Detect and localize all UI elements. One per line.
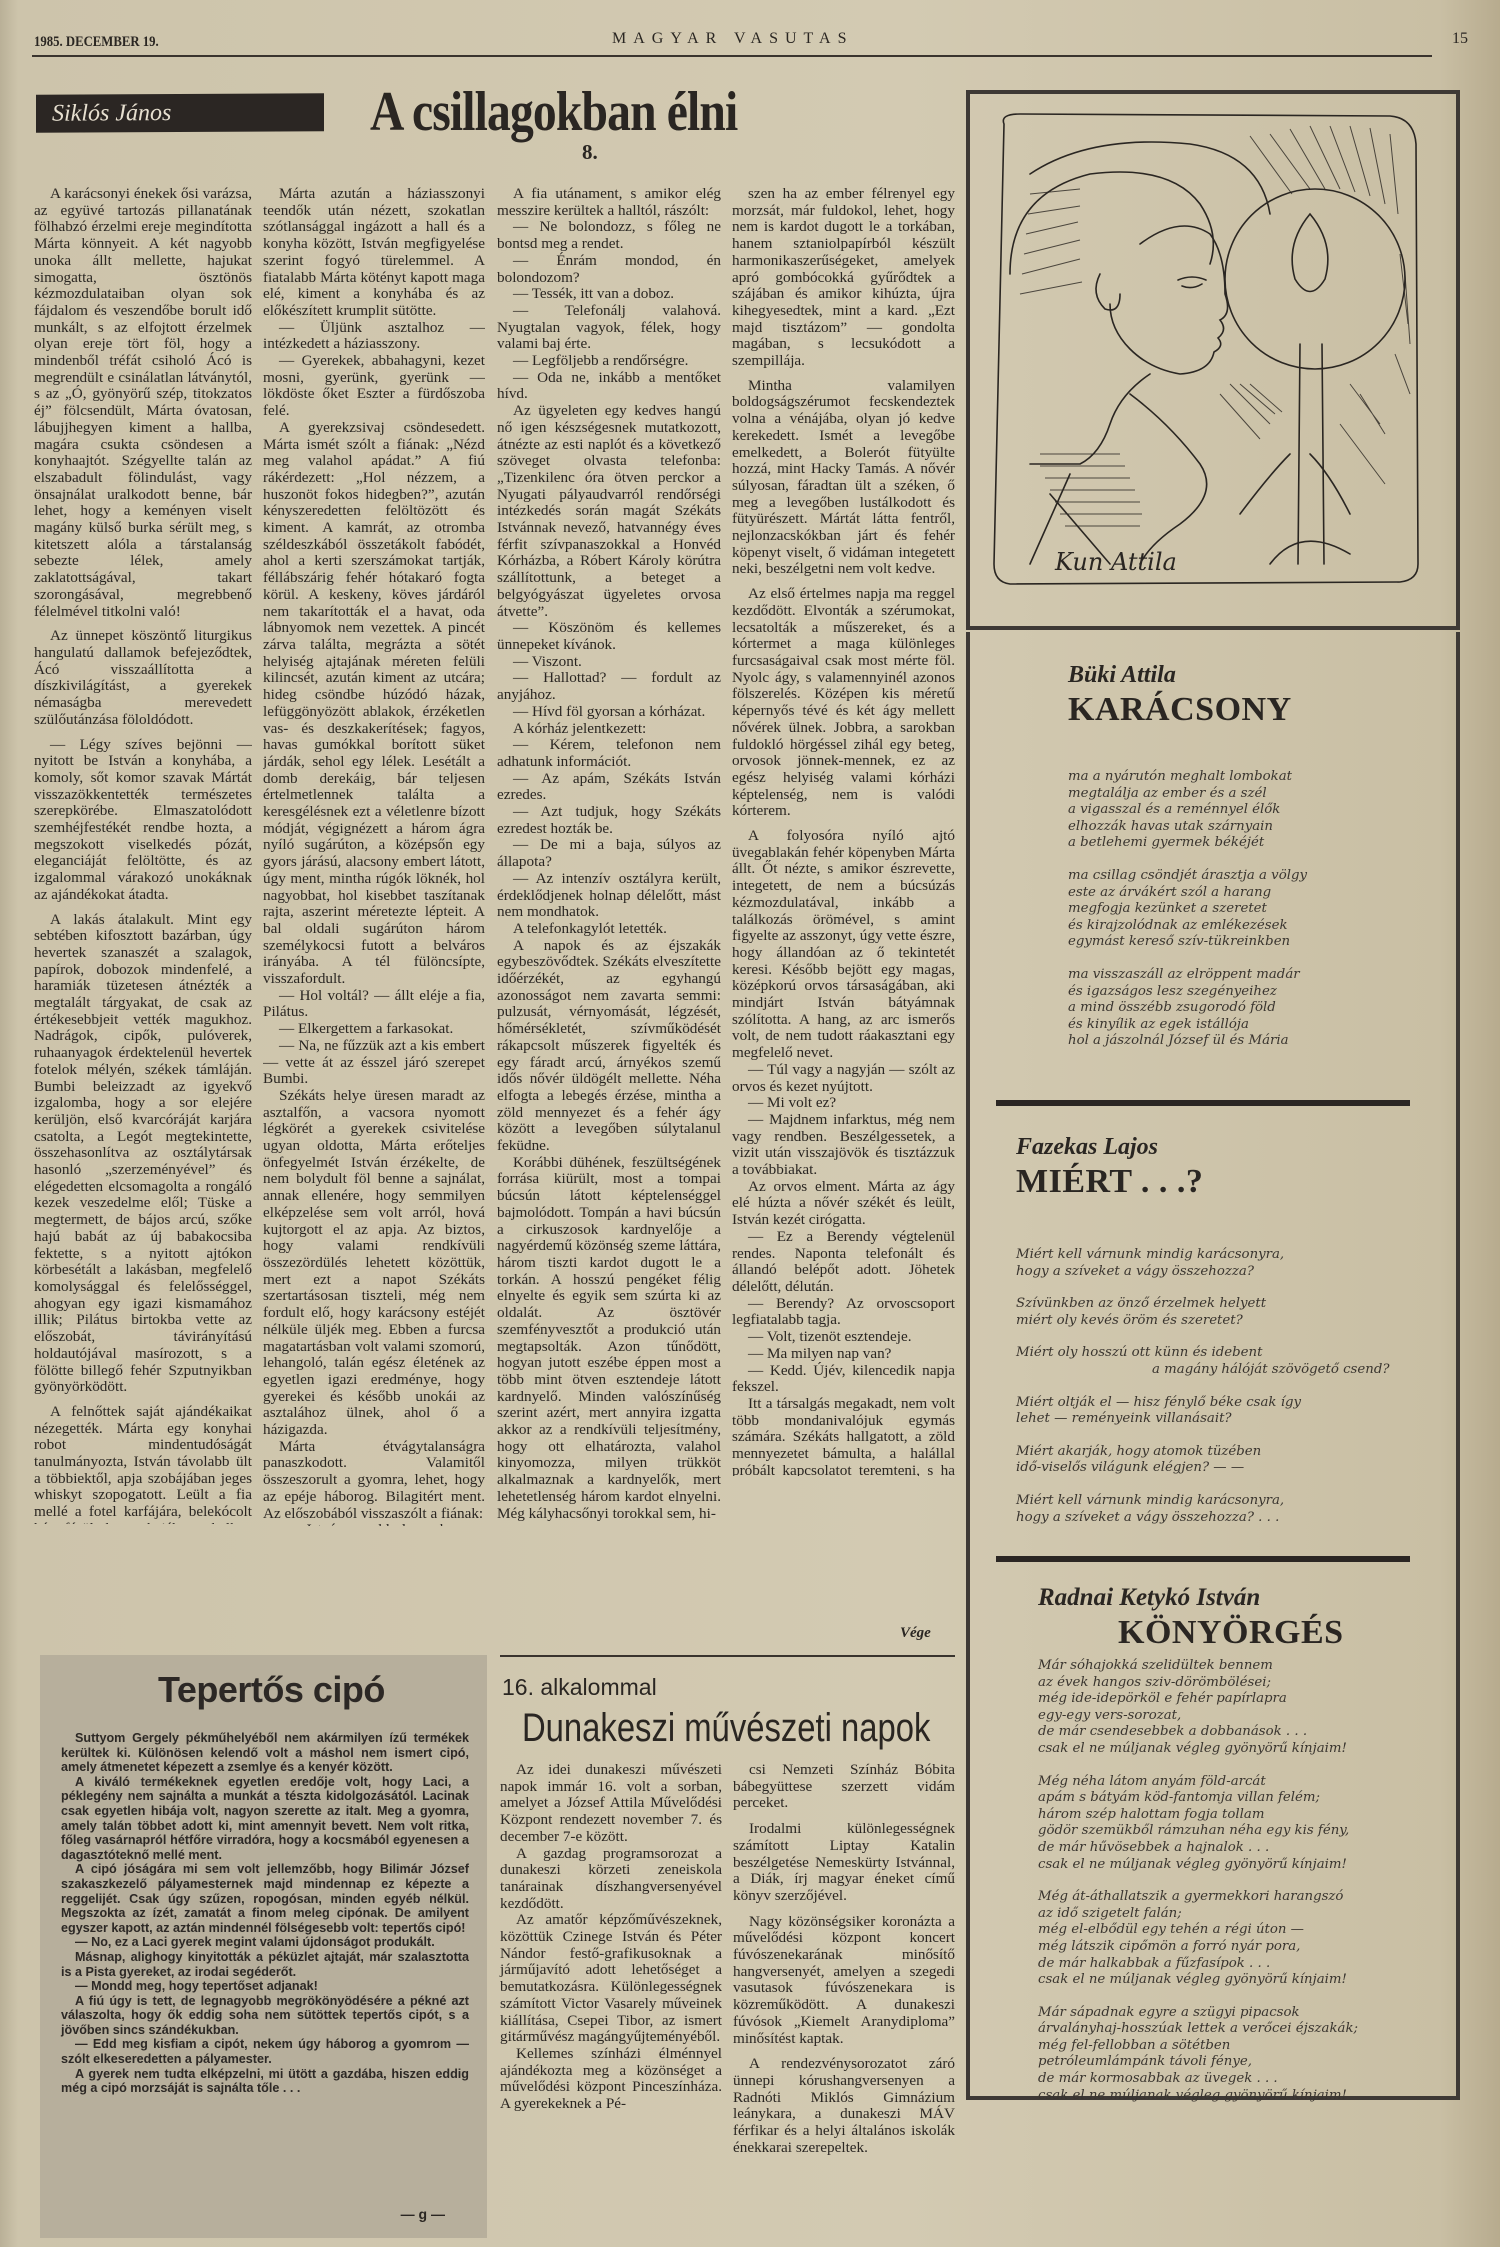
story-end-mark: Vége [900, 1625, 931, 1642]
news-kicker: 16. alkalommal [502, 1674, 657, 1701]
section-divider [500, 1655, 955, 1657]
stanza: ma visszaszáll az elröppent madárés igaz… [1068, 967, 1307, 1050]
paragraph: Székáts helye üresen maradt az asztalfőn… [263, 1088, 485, 1439]
poems-box: Büki Attila KARÁCSONY ma a nyárutón megh… [966, 632, 1460, 2100]
poem-karacsony: Büki Attila KARÁCSONY ma a nyárutón megh… [1068, 662, 1307, 1066]
story-column-2: Márta azután a háziasszonyi teendők után… [263, 186, 485, 1526]
stanza: Miért oly hosszú ott künn és idebenta ma… [1016, 1345, 1389, 1378]
story-column-3: A fia utánament, s amikor elég messzire … [497, 186, 721, 1526]
paragraph: — Üljünk asztalhoz — intézkedett a házia… [263, 320, 485, 353]
paragraph: — Na, ne fűzzük azt a kis embert — vette… [263, 1038, 485, 1088]
paragraph: szen ha az ember félrenyel egy morzsát, … [732, 186, 955, 370]
stanza: Miért kell várnunk mindig karácsonyra,ho… [1016, 1247, 1389, 1280]
paragraph: — Ma milyen nap van? [732, 1346, 955, 1363]
paragraph: — Elkergettem a farkasokat. [263, 1021, 485, 1038]
poem-title: KÖNYÖRGÉS [1118, 1614, 1358, 1652]
paragraph: — Túl vagy a nagyján — szólt az orvos és… [732, 1062, 955, 1095]
paragraph: — Ne bolondozz, s főleg ne bontsd meg a … [497, 219, 721, 252]
poem-divider [996, 1556, 1410, 1562]
paragraph: Az ügyeleten egy kedves hangú nő igen ké… [497, 403, 721, 620]
poem-author: Radnai Ketykó István [1038, 1584, 1358, 1612]
paragraph: — Azt tudjuk, hogy Székáts ezredest hozt… [497, 804, 721, 837]
sidebar-story-signature: — g — [401, 2206, 445, 2222]
paragraph: A lakás átalakult. Mint egy sebtében kif… [34, 912, 252, 1396]
paragraph: Az orvos elment. Márta az ágy elé húzta … [732, 1179, 955, 1229]
paragraph: — Hallottad? — fordult az anyjához. [497, 670, 721, 703]
stanza: Már sóhajokká szelidültek bennemaz évek … [1038, 1658, 1358, 1758]
poem-title: KARÁCSONY [1068, 691, 1307, 729]
paragraph: Márta étvágytalanságra panaszkodott. Val… [263, 1439, 485, 1523]
story-author: Siklós János [36, 93, 324, 133]
sidebar-story-body: Suttyom Gergely pékműhelyéből nem akármi… [61, 1731, 469, 2096]
paragraph: A fia utánament, s amikor elég messzire … [497, 186, 721, 219]
paragraph: — Az intenzív osztályra került, érdeklőd… [497, 871, 721, 921]
paragraph: Korábbi dühének, feszültségének forrása … [497, 1155, 721, 1522]
paragraph: — De mi a baja, súlyos az állapota? [497, 837, 721, 870]
paragraph: Mintha valamilyen boldogságszérumot fecs… [732, 378, 955, 578]
paragraph: Márta azután a háziasszonyi teendők után… [263, 186, 485, 320]
stanza: Még át-áthallatszik a gyermekkori harang… [1038, 1889, 1358, 1989]
paragraph: Az ünnepet köszöntő liturgikus hangulatú… [34, 628, 252, 728]
paragraph: A gyerekzsivaj csöndesedett. Márta ismét… [263, 420, 485, 988]
paragraph: A napok és az éjszakák egybeszövődtek. S… [497, 938, 721, 1155]
publication-name: MAGYAR VASUTAS [612, 30, 854, 48]
paragraph: — István, vedd le nekem a gyógyszerest, … [263, 1522, 485, 1526]
news-column-2: csi Nemzeti Színház Bóbita bábegyüttese … [733, 1762, 955, 2156]
paragraph: — Gyerekek, abbahagyni, kezet mosni, gye… [263, 353, 485, 420]
paragraph: — Az apám, Székáts István ezredes. [497, 771, 721, 804]
illustration-frame: Kun Attila [966, 90, 1460, 630]
artist-signature: Kun Attila [1054, 548, 1177, 576]
stanza: Miért kell várnunk mindig karácsonyra,ho… [1016, 1493, 1389, 1526]
sidebar-story-title: Tepertős cipó [158, 1669, 385, 1711]
stanza: Szívünkben az önző érzelmek helyettmiért… [1016, 1296, 1389, 1329]
paragraph: — Viszont. [497, 654, 721, 671]
story-column-4: szen ha az ember félrenyel egy morzsát, … [732, 186, 955, 1476]
paragraph: — Énrám mondod, én bolondozom? [497, 253, 721, 286]
poem-miert: Fazekas Lajos MIÉRT . . .? Miért kell vá… [1016, 1134, 1389, 1542]
poem-divider [996, 1100, 1410, 1106]
story-part-number: 8. [582, 140, 598, 165]
paragraph: — Hívd föl gyorsan a kórházat. [497, 704, 721, 721]
poem-author: Büki Attila [1068, 662, 1307, 689]
stanza: Még néha látom anyám föld-arcátapám s bá… [1038, 1774, 1358, 1874]
poem-title: MIÉRT . . .? [1016, 1163, 1389, 1201]
news-column-1: Az idei dunakeszi művészeti napok immár … [500, 1762, 722, 2113]
stanza: Miért akarják, hogy atomok tüzébenidő-vi… [1016, 1444, 1389, 1477]
paragraph: — Tessék, itt van a doboz. [497, 286, 721, 303]
paragraph: — Berendy? Az orvoscsoport legfiatalabb … [732, 1296, 955, 1329]
stanza: Már sápadnak egyre a szügyi pipacsokárva… [1038, 2005, 1358, 2105]
news-title: Dunakeszi művészeti napok [522, 1706, 930, 1751]
paragraph: — Volt, tizenöt esztendeje. [732, 1329, 955, 1346]
stanza: ma csillag csöndjét árasztja a völgyeste… [1068, 868, 1307, 951]
masthead-rule [32, 55, 1432, 57]
paragraph: A kórház jelentkezett: [497, 721, 721, 738]
paragraph: Az első értelmes napja ma reggel kezdődö… [732, 586, 955, 820]
paragraph: — Oda ne, inkább a mentőket hívd. [497, 370, 721, 403]
paragraph: — Majdnem infarktus, még nem vagy rendbe… [732, 1112, 955, 1179]
paragraph: A telefonkagylót letették. [497, 921, 721, 938]
paragraph: — Legföljebb a rendőrségre. [497, 353, 721, 370]
paragraph: A felnőttek saját ajándékaikat nézegetté… [34, 1404, 252, 1524]
poem-konyorges: Radnai Ketykó István KÖNYÖRGÉS Már sóhaj… [1038, 1584, 1358, 2120]
child-candle-drawing-icon: Kun Attila [970, 94, 1456, 626]
paragraph: — Telefonálj valahová. Nyugtalan vagyok,… [497, 303, 721, 353]
paragraph: A karácsonyi énekek ősi varázsa, az együ… [34, 186, 252, 620]
paragraph: — Ez a Berendy végtelenül rendes. Napont… [732, 1229, 955, 1296]
story-column-1: A karácsonyi énekek ősi varázsa, az együ… [34, 186, 252, 1524]
story-title: A csillagokban élni [370, 80, 737, 144]
paragraph: A folyosóra nyíló ajtó üvegablakán fehér… [732, 828, 955, 1062]
paragraph: Itt a társalgás megakadt, nem volt több … [732, 1396, 955, 1476]
paragraph: — Kedd. Újév, kilencedik napja fekszel. [732, 1363, 955, 1396]
poem-author: Fazekas Lajos [1016, 1134, 1389, 1161]
page-number: 15 [1452, 30, 1468, 48]
issue-date: 1985. DECEMBER 19. [34, 34, 159, 51]
sidebar-story-box: Tepertős cipó Suttyom Gergely pékműhelyé… [40, 1655, 487, 2238]
paragraph: — Mi volt ez? [732, 1095, 955, 1112]
stanza: Miért oltják el — hisz fénylő béke csak … [1016, 1395, 1389, 1428]
paragraph: — Kérem, telefonon nem adhatunk informác… [497, 737, 721, 770]
paragraph: — Légy szíves bejönni — nyitott be Istvá… [34, 737, 252, 904]
stanza: ma a nyárutón meghalt lombokatmegtalálja… [1068, 769, 1307, 852]
paragraph: — Köszönöm és kellemes ünnepeket kívánok… [497, 620, 721, 653]
paragraph: — Hol voltál? — állt eléje a fia, Pilátu… [263, 988, 485, 1021]
